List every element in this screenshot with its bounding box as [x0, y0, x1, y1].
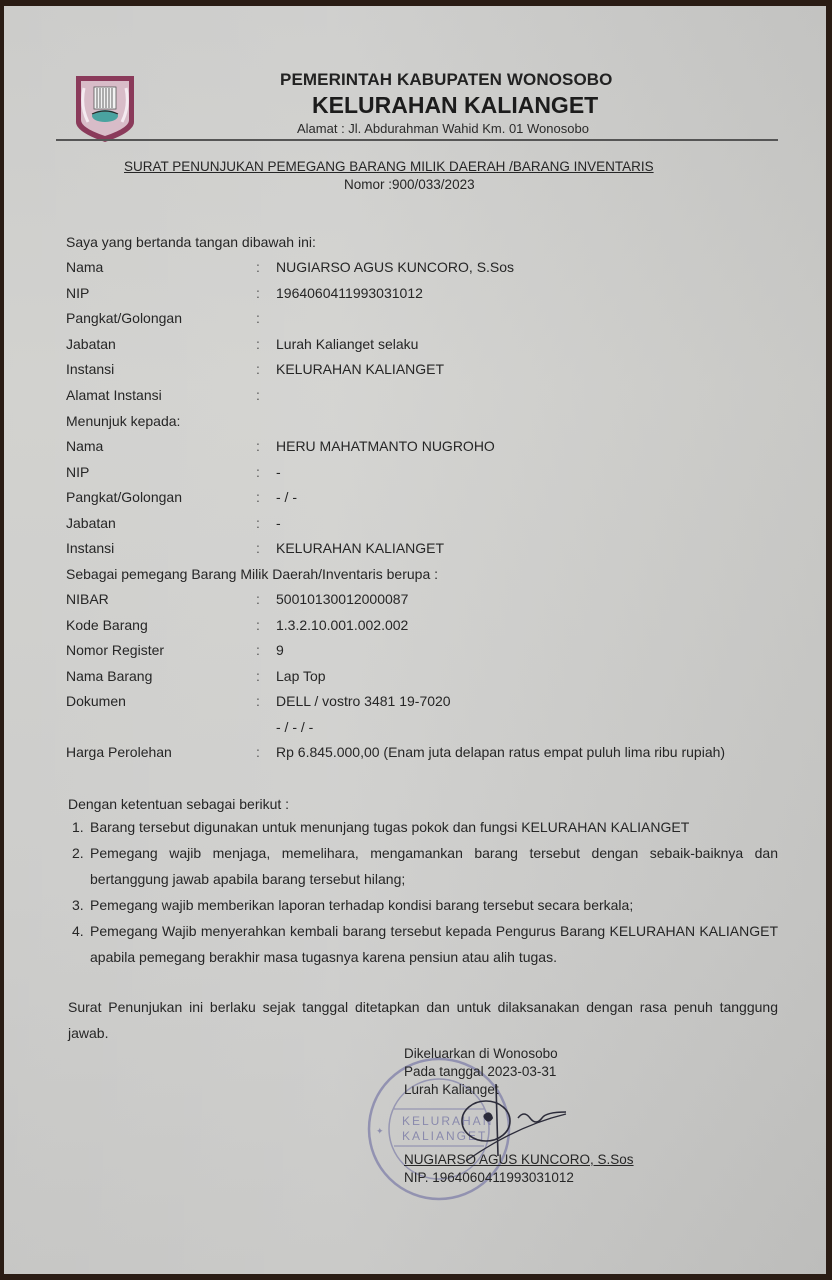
signer-field-value: 196406041199303101​2	[276, 285, 423, 301]
signer-intro: Saya yang bertanda tangan dibawah ini:	[66, 234, 316, 250]
signature-date: Pada tanggal 2023-03-31	[404, 1064, 556, 1079]
signer-field-separator: :	[256, 310, 260, 326]
signer-field-label: Alamat Instansi	[66, 387, 162, 403]
appointee-field-separator: :	[256, 464, 260, 480]
appointee-field-value: -	[276, 464, 281, 480]
appointee-field-value: - / -	[276, 489, 297, 505]
item-field-separator: :	[256, 668, 260, 684]
item-field-separator: :	[256, 642, 260, 658]
appointee-field-value: -	[276, 515, 281, 531]
document-paper: PEMERINTAH KABUPATEN WONOSOBO KELURAHAN …	[4, 6, 826, 1274]
header-divider	[56, 139, 778, 141]
header-office: KELURAHAN KALIANGET	[312, 92, 598, 119]
item-field-value: 1.3.2.10.001.002.002	[276, 617, 408, 633]
item-field-separator: :	[256, 617, 260, 633]
signature-issued-at: Dikeluarkan di Wonosobo	[404, 1046, 558, 1061]
signature-position: Lurah Kalianget	[404, 1082, 499, 1097]
item-field-label: Kode Barang	[66, 617, 148, 633]
closing-paragraph: Surat Penunjukan ini berlaku sejak tangg…	[68, 994, 778, 1046]
svg-text:✦: ✦	[376, 1126, 384, 1136]
item-field-value: Lap Top	[276, 668, 326, 684]
header-government: PEMERINTAH KABUPATEN WONOSOBO	[280, 70, 613, 90]
item-field-separator: :	[256, 744, 260, 760]
signer-field-value: KELURAHAN KALIANGET	[276, 361, 444, 377]
signer-field-label: Pangkat/Golongan	[66, 310, 182, 326]
term-item: 3.Pemegang wajib memberikan laporan terh…	[72, 892, 778, 918]
item-field-value: 50010130012000087	[276, 591, 408, 607]
appointee-field-label: Pangkat/Golongan	[66, 489, 182, 505]
signer-field-label: Jabatan	[66, 336, 116, 352]
appointee-field-label: NIP	[66, 464, 89, 480]
term-item: 2.Pemegang wajib menjaga, memelihara, me…	[72, 840, 778, 892]
term-item: 4.Pemegang Wajib menyerahkan kembali bar…	[72, 918, 778, 970]
term-text: Pemegang wajib menjaga, memelihara, meng…	[72, 840, 778, 892]
term-text: Pemegang Wajib menyerahkan kembali baran…	[72, 918, 778, 970]
header-address: Alamat : Jl. Abdurahman Wahid Km. 01 Won…	[297, 121, 589, 136]
signature-name: NUGIARSO AGUS KUNCORO, S.Sos	[404, 1152, 634, 1167]
item-field-value: Rp 6.845.000,00 (Enam juta delapan ratus…	[276, 744, 725, 760]
item-field-value: - / - / -	[276, 719, 313, 735]
terms-intro: Dengan ketentuan sebagai berikut :	[68, 796, 289, 812]
item-field-separator: :	[256, 693, 260, 709]
item-field-label: NIBAR	[66, 591, 109, 607]
item-field-label: Dokumen	[66, 693, 126, 709]
item-intro: Sebagai pemegang Barang Milik Daerah/Inv…	[66, 566, 438, 582]
appointee-field-label: Nama	[66, 438, 103, 454]
item-field-label: Nama Barang	[66, 668, 152, 684]
letter-number: Nomor :900/033/2023	[344, 177, 475, 192]
term-text: Pemegang wajib memberikan laporan terhad…	[72, 892, 778, 918]
appointee-intro: Menunjuk kepada:	[66, 413, 180, 429]
term-text: Barang tersebut digunakan untuk menunjan…	[72, 814, 778, 840]
appointee-field-separator: :	[256, 515, 260, 531]
appointee-field-label: Instansi	[66, 540, 114, 556]
signer-field-separator: :	[256, 336, 260, 352]
signer-field-separator: :	[256, 259, 260, 275]
signer-field-label: Instansi	[66, 361, 114, 377]
appointee-field-separator: :	[256, 438, 260, 454]
term-number: 2.	[72, 840, 84, 866]
letter-title: SURAT PENUNJUKAN PEMEGANG BARANG MILIK D…	[124, 159, 654, 174]
signer-field-separator: :	[256, 387, 260, 403]
term-item: 1.Barang tersebut digunakan untuk menunj…	[72, 814, 778, 840]
appointee-field-value: HERU MAHATMANTO NUGROHO	[276, 438, 495, 454]
signer-field-separator: :	[256, 361, 260, 377]
item-field-separator: :	[256, 591, 260, 607]
appointee-field-label: Jabatan	[66, 515, 116, 531]
term-number: 1.	[72, 814, 84, 840]
item-field-label: Nomor Register	[66, 642, 164, 658]
signer-field-value: NUGIARSO AGUS KUNCORO, S.Sos	[276, 259, 514, 275]
item-field-label: Harga Perolehan	[66, 744, 172, 760]
signer-field-label: Nama	[66, 259, 103, 275]
appointee-field-separator: :	[256, 489, 260, 505]
signer-field-value: Lurah Kalianget selaku	[276, 336, 418, 352]
signer-field-separator: :	[256, 285, 260, 301]
signature-nip: NIP. 196406041199303101​2	[404, 1170, 574, 1185]
term-number: 4.	[72, 918, 84, 944]
appointee-field-value: KELURAHAN KALIANGET	[276, 540, 444, 556]
shield-crest-icon	[74, 74, 136, 144]
signer-field-label: NIP	[66, 285, 89, 301]
item-field-value: DELL / vostro 3481 19-7020	[276, 693, 451, 709]
item-field-value: 9	[276, 642, 284, 658]
term-number: 3.	[72, 892, 84, 918]
appointee-field-separator: :	[256, 540, 260, 556]
